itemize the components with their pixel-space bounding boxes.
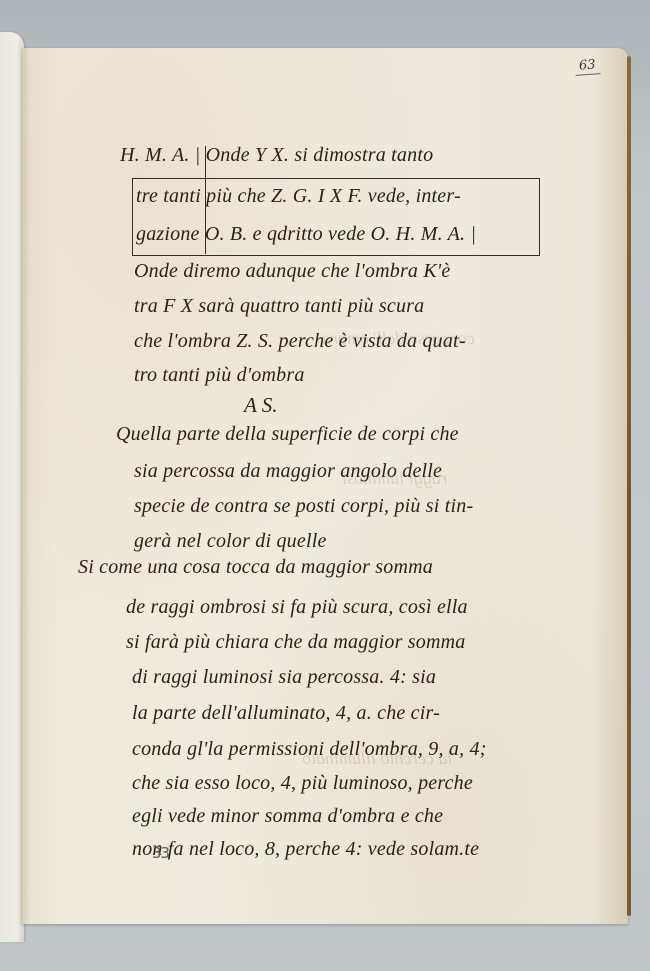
manuscript-line: Si come una cosa tocca da maggior somma [78, 556, 433, 579]
manuscript-line: la parte dell'alluminato, 4, a. che cir- [132, 702, 440, 725]
manuscript-page: 63 concorso dell' ombra raggi luminosi l… [22, 48, 628, 924]
manuscript-line: si farà più chiara che da maggior somma [126, 631, 465, 654]
manuscript-line: specie de contra se posti corpi, più si … [134, 495, 473, 518]
manuscript-line: tre tanti più che Z. G. I X F. vede, int… [136, 185, 461, 208]
section-heading: A S. [244, 393, 277, 418]
manuscript-line: Onde diremo adunque che l'ombra K'è [134, 260, 450, 283]
manuscript-line: di raggi luminosi sia percossa. 4: sia [132, 666, 436, 689]
manuscript-line: H. M. A. | Onde Y X. si dimostra tanto [120, 144, 433, 167]
pencil-folio-number: 33 [152, 844, 169, 862]
manuscript-line: Quella parte della superficie de corpi c… [116, 423, 459, 446]
manuscript-line: tra F X sarà quattro tanti più scura [134, 295, 424, 318]
manuscript-line: tro tanti più d'ombra [134, 364, 305, 387]
manuscript-line: che sia esso loco, 4, più luminoso, perc… [132, 772, 473, 795]
manuscript-line: che l'ombra Z. S. perche è vista da quat… [134, 330, 466, 353]
facing-page-edge [0, 32, 24, 942]
manuscript-line: gerà nel color di quelle [134, 530, 327, 553]
manuscript-line: conda gl'la permissioni dell'ombra, 9, a… [132, 738, 487, 761]
manuscript-line: sia percossa da maggior angolo delle [134, 460, 442, 483]
manuscript-line: egli vede minor somma d'ombra e che [132, 805, 443, 828]
manuscript-line: gazione O. B. e qdritto vede O. H. M. A.… [136, 223, 476, 246]
manuscript-text: H. M. A. | Onde Y X. si dimostra tanto t… [22, 48, 628, 924]
manuscript-line: de raggi ombrosi si fa più scura, così e… [126, 596, 468, 619]
manuscript-line: non fa nel loco, 8, perche 4: vede solam… [132, 838, 479, 861]
